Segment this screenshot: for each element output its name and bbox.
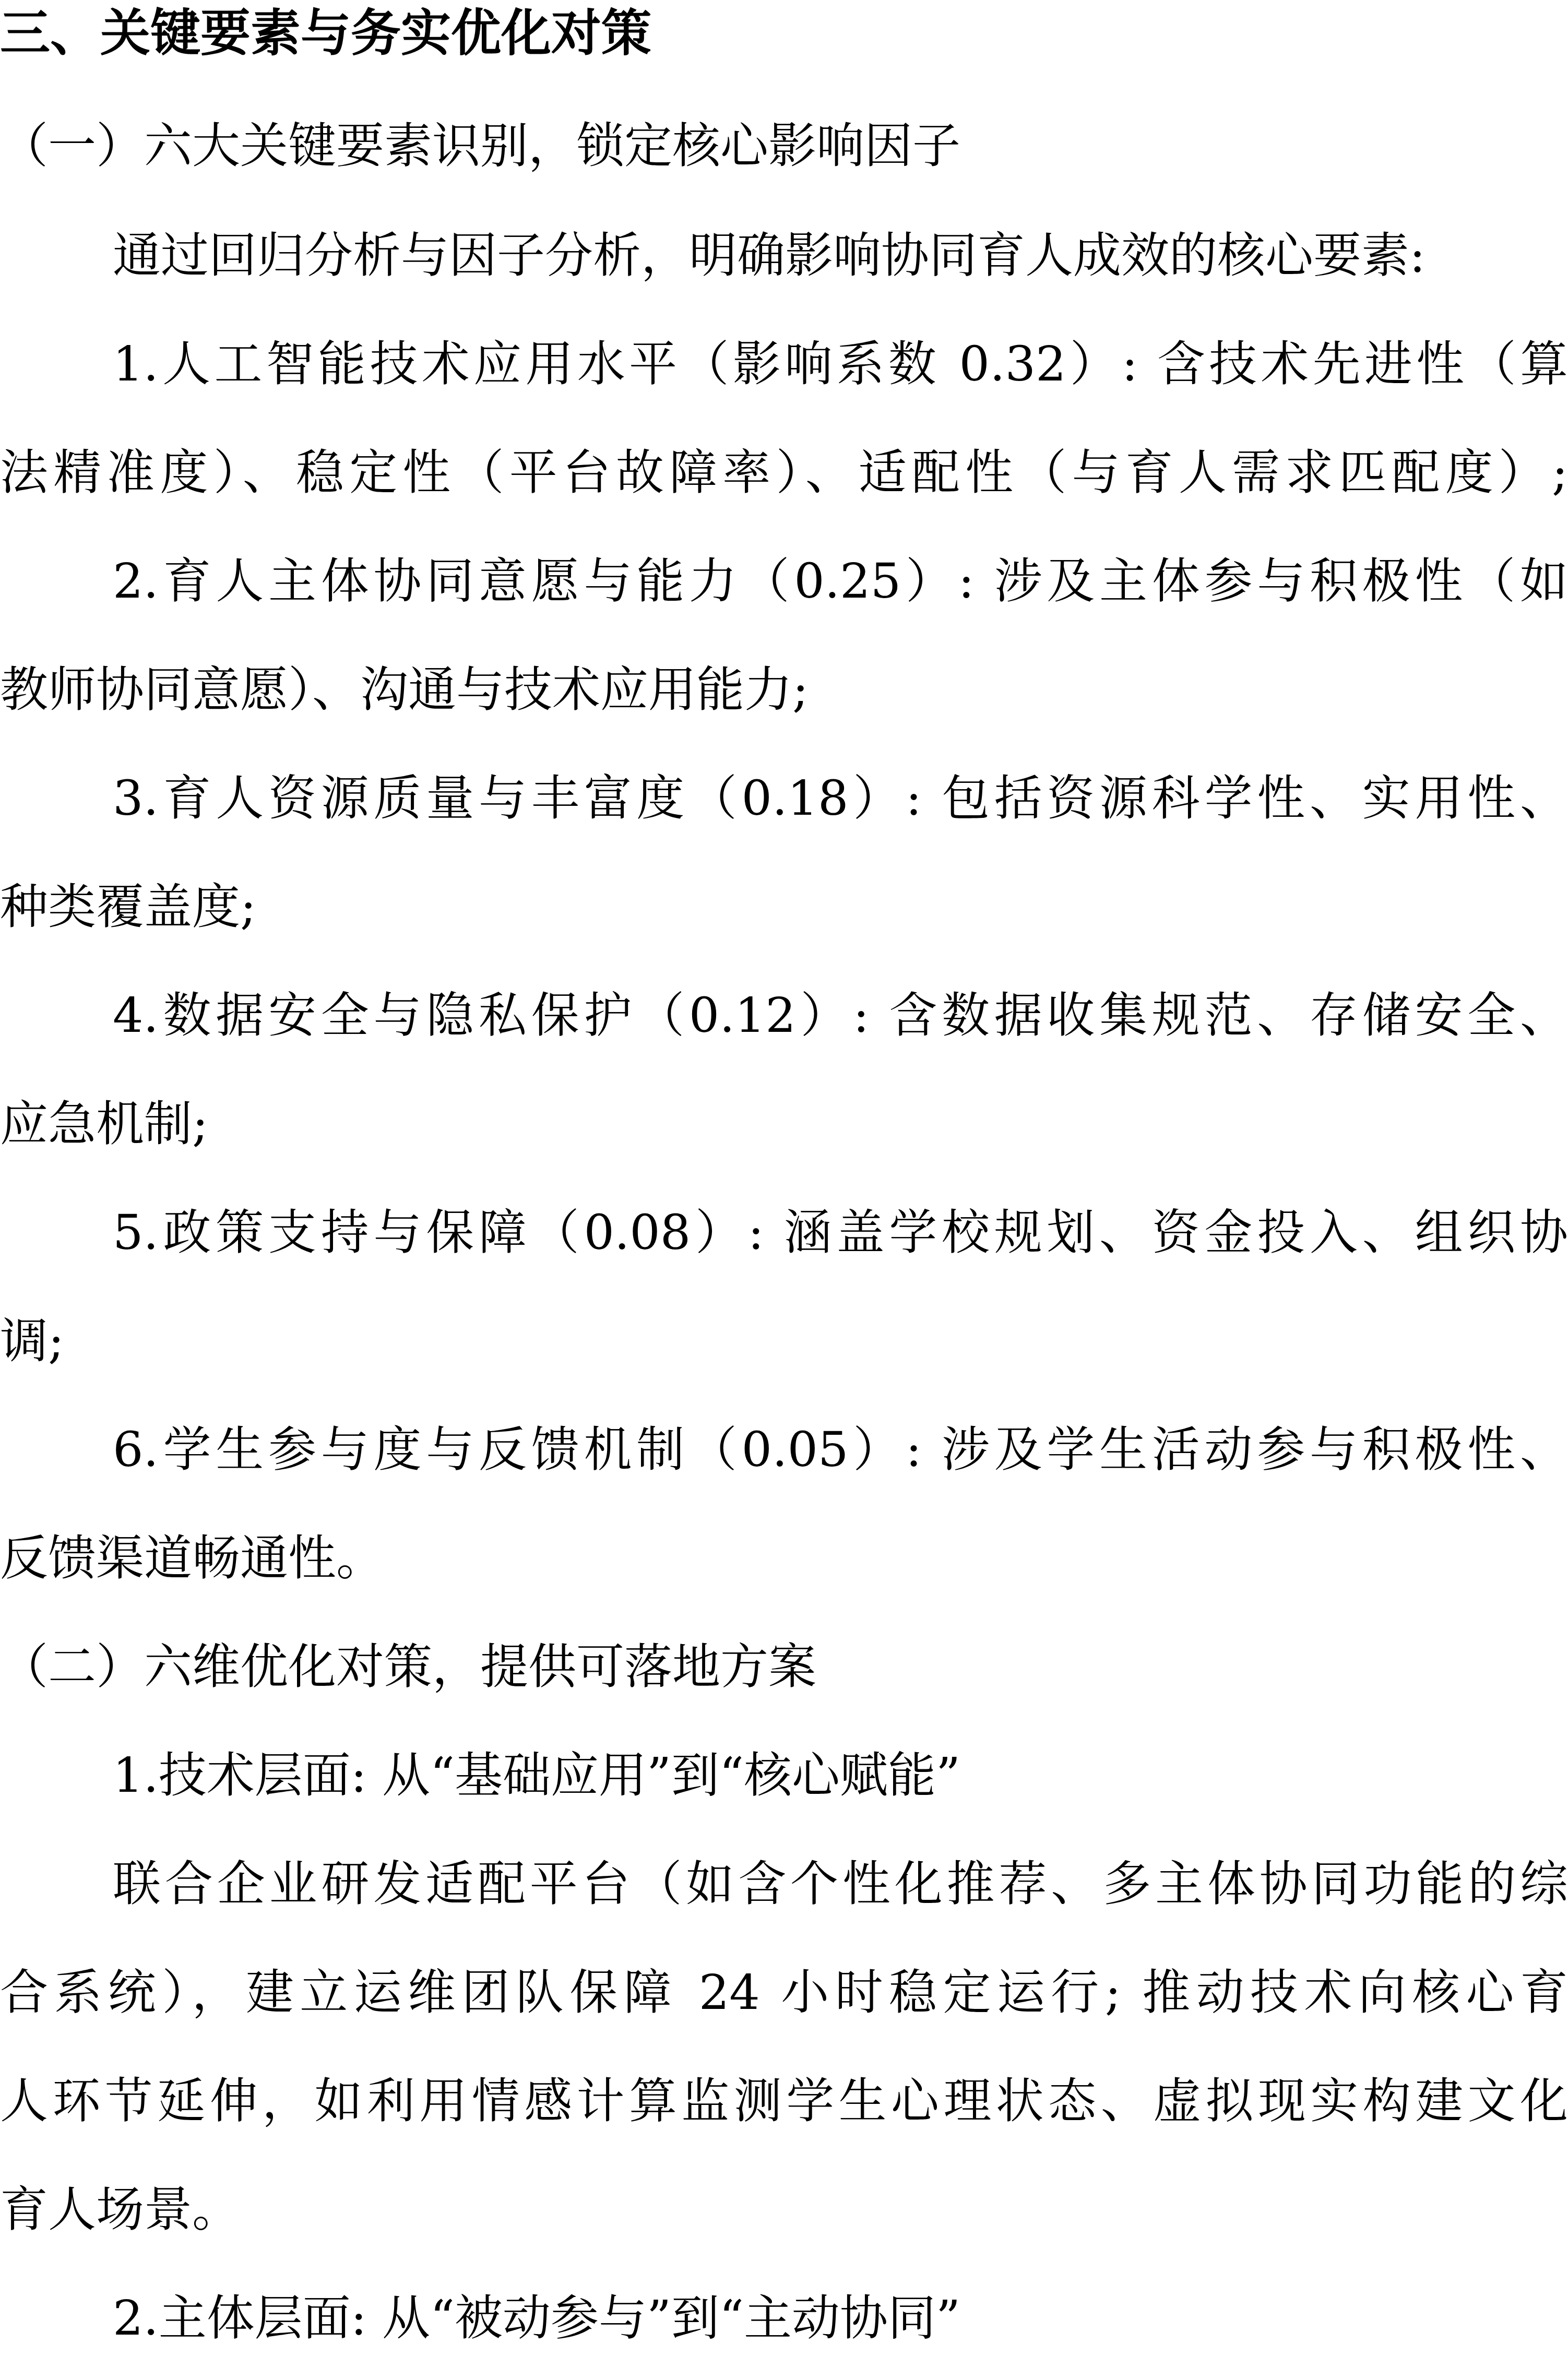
measure-1-title: 1.技术层面: 从“基础应用”到“核心赋能” bbox=[113, 1747, 1568, 1804]
measure-1-para-line3: 人环节延伸，如利用情感计算监测学生心理状态、虚拟现实构建文化 bbox=[0, 2073, 1568, 2130]
section-title: 三、关键要素与务实优化对策 bbox=[0, 4, 1568, 62]
measure-2-title: 2.主体层面: 从“被动参与”到“主动协同” bbox=[113, 2290, 1568, 2347]
factor-item-1-line2: 法精准度）、稳定性（平台故障率）、适配性（与育人需求匹配度）; bbox=[0, 444, 1568, 502]
subsection-heading-2: （二）六维优化对策，提供可落地方案 bbox=[0, 1638, 1568, 1696]
factor-item-2-line1: 2.育人主体协同意愿与能力（0.25）: 涉及主体参与积极性（如 bbox=[113, 553, 1568, 610]
measure-1-para-line1: 联合企业研发适配平台（如含个性化推荐、多主体协同功能的综 bbox=[113, 1855, 1568, 1913]
intro-paragraph: 通过回归分析与因子分析，明确影响协同育人成效的核心要素: bbox=[113, 227, 1568, 284]
factor-item-6-line2: 反馈渠道畅通性。 bbox=[0, 1530, 1568, 1587]
subsection-heading-1: （一）六大关键要素识别，锁定核心影响因子 bbox=[0, 117, 1568, 175]
factor-item-1-line1: 1.人工智能技术应用水平（影响系数 0.32）: 含技术先进性（算 bbox=[113, 336, 1568, 393]
measure-1-para-line4: 育人场景。 bbox=[0, 2181, 1568, 2239]
factor-item-3-line1: 3.育人资源质量与丰富度（0.18）: 包括资源科学性、实用性、 bbox=[113, 770, 1568, 827]
factor-item-2-line2: 教师协同意愿）、沟通与技术应用能力; bbox=[0, 661, 1568, 719]
factor-item-4-line1: 4.数据安全与隐私保护（0.12）: 含数据收集规范、存储安全、 bbox=[113, 987, 1568, 1044]
measure-1-para-line2: 合系统），建立运维团队保障 24 小时稳定运行; 推动技术向核心育 bbox=[0, 1964, 1568, 2021]
factor-item-6-line1: 6.学生参与度与反馈机制（0.05）: 涉及学生活动参与积极性、 bbox=[113, 1421, 1568, 1479]
factor-item-5-line2: 调; bbox=[0, 1313, 1568, 1370]
factor-item-4-line2: 应急机制; bbox=[0, 1096, 1568, 1153]
factor-item-5-line1: 5.政策支持与保障（0.08）: 涵盖学校规划、资金投入、组织协 bbox=[113, 1204, 1568, 1262]
factor-item-3-line2: 种类覆盖度; bbox=[0, 878, 1568, 936]
